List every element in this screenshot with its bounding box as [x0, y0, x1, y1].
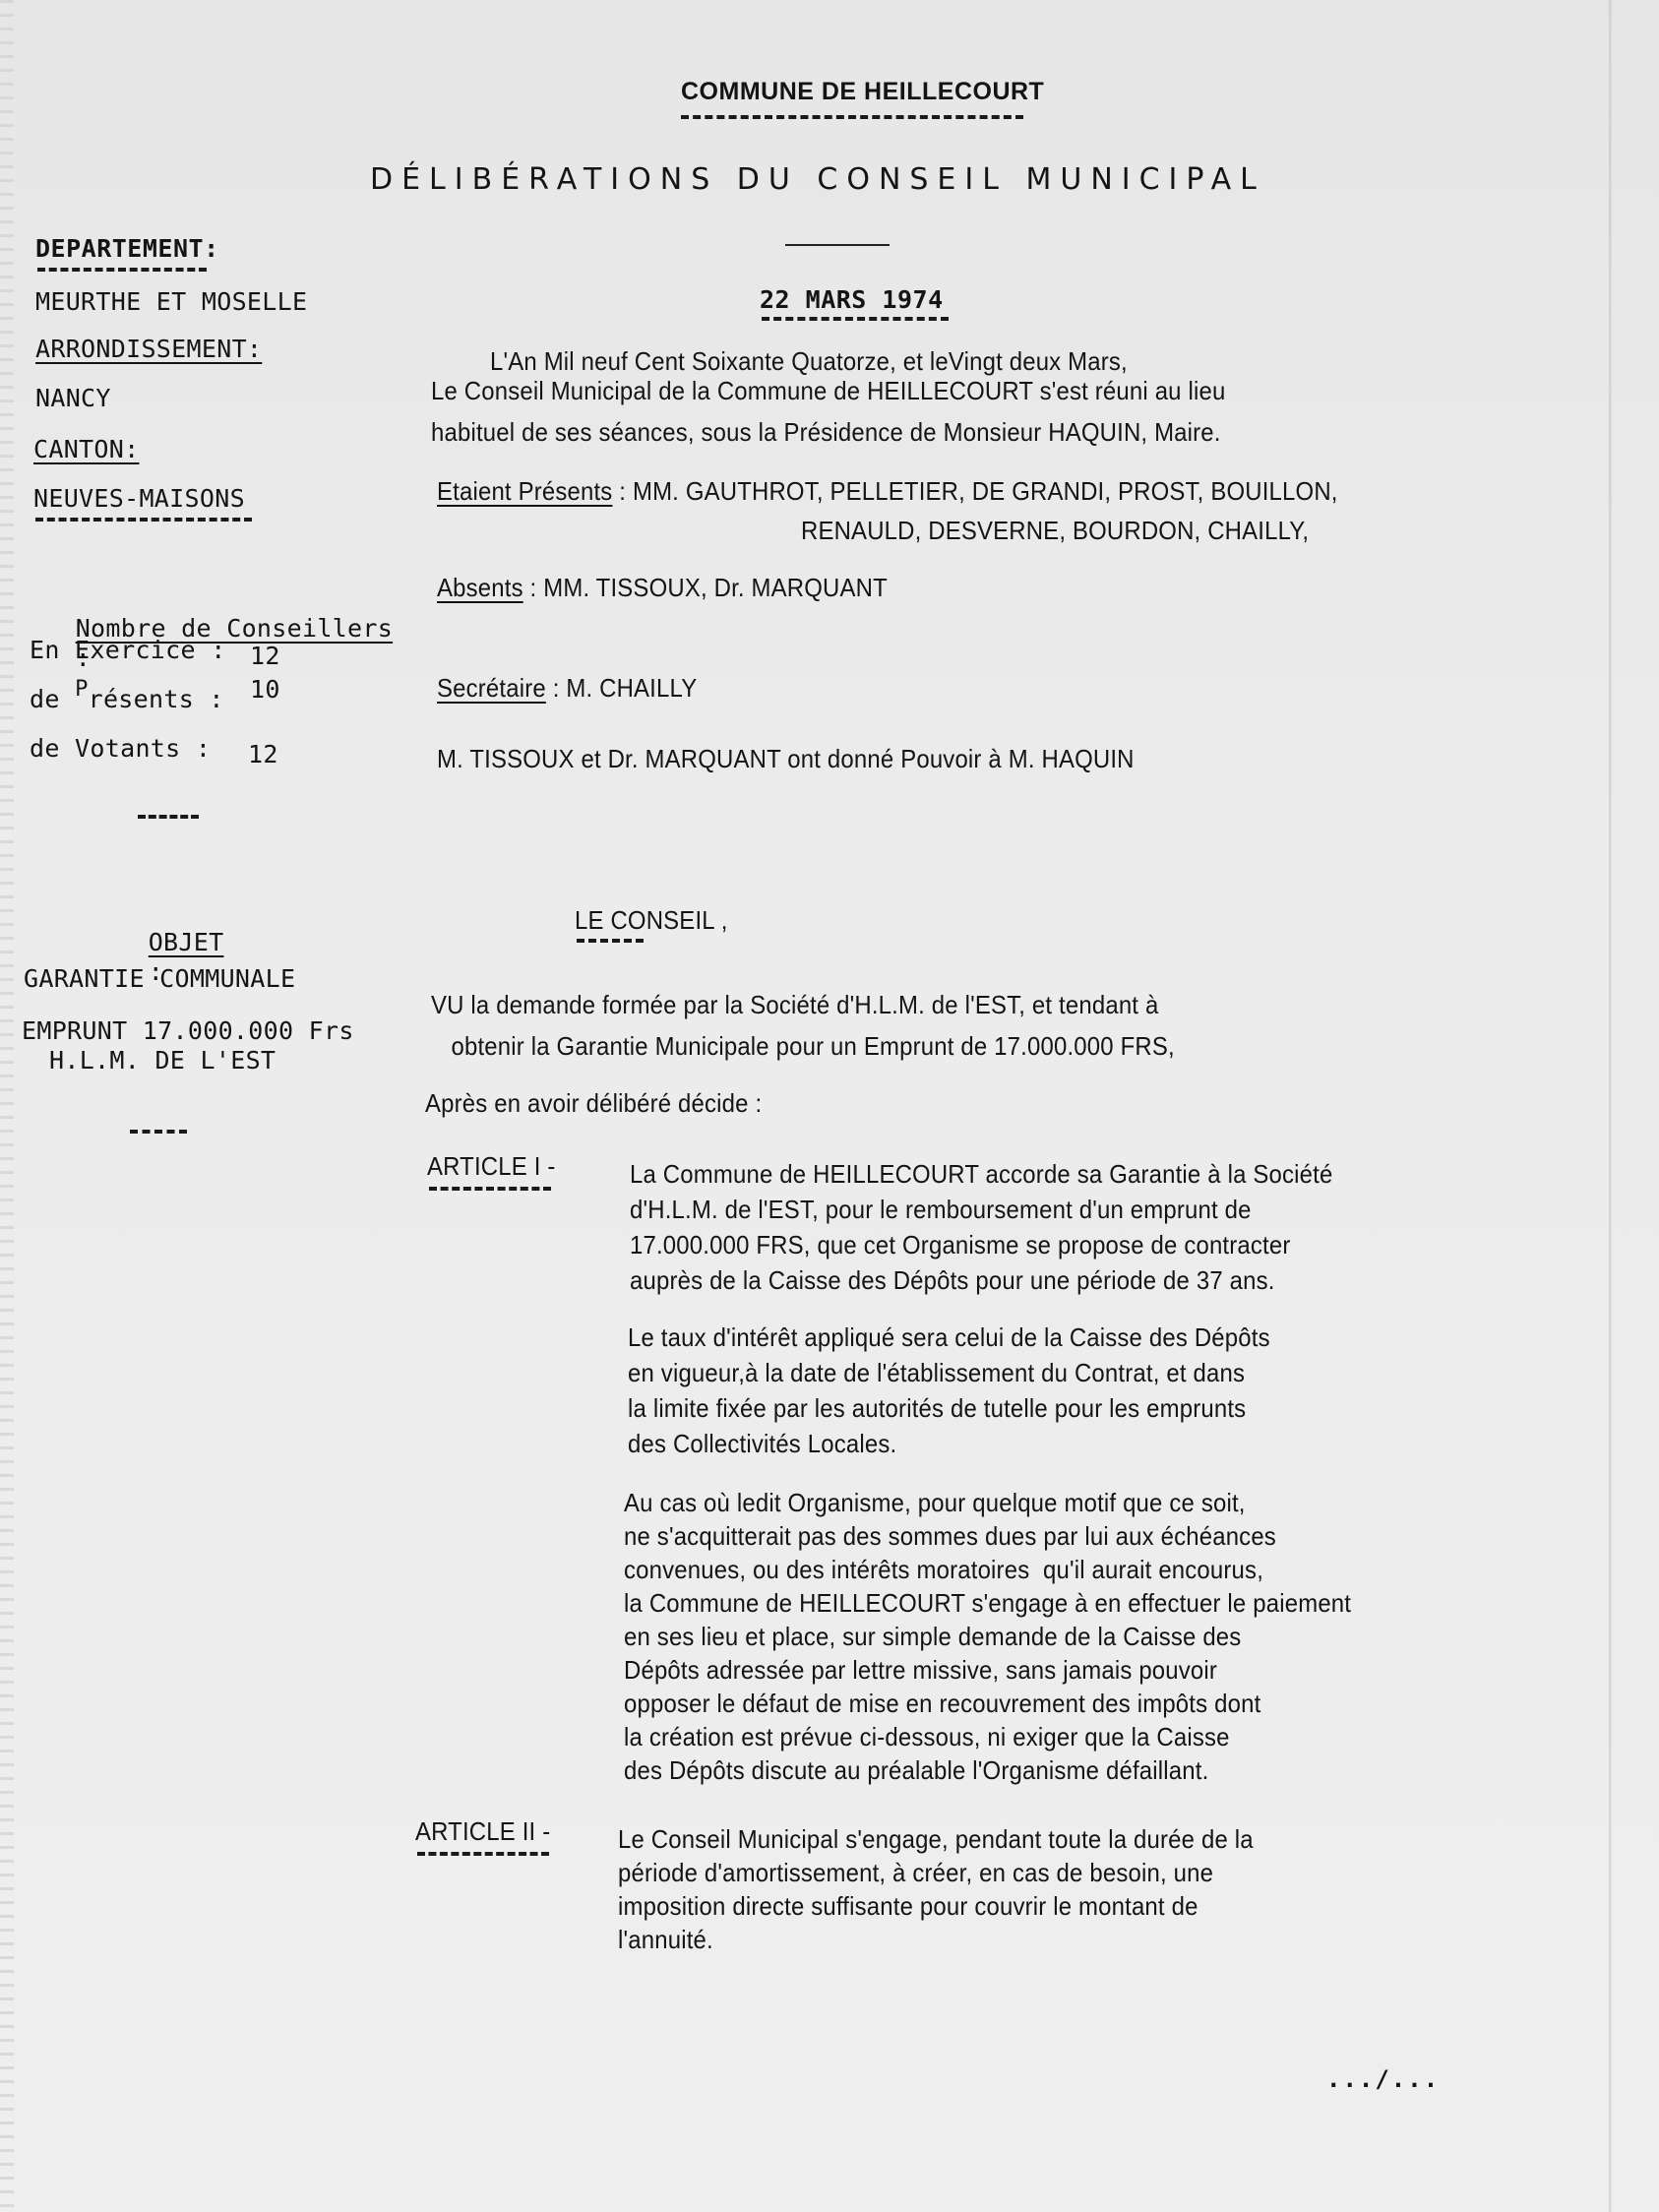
count-presents-prefix: de [30, 685, 75, 713]
article-2-line-1: Le Conseil Municipal s'engage, pendant t… [618, 1824, 1254, 1854]
canton-label: CANTON: [33, 435, 139, 464]
article-1-p3-line-8: la création est prévue ci-dessous, ni ex… [624, 1722, 1230, 1751]
conseil-comma: , [714, 905, 728, 935]
separator-2 [130, 1130, 187, 1134]
objet-label: OBJET [149, 928, 224, 956]
apres-statement: Après en avoir délibéré décide : [425, 1088, 762, 1118]
count-exercice-label: En Exercice : [30, 636, 226, 665]
arrondissement-label: ARRONDISSEMENT: [35, 335, 262, 364]
article-2-line-3: imposition directe suffisante pour couvr… [618, 1891, 1198, 1921]
absents-list: : MM. TISSOUX, Dr. MARQUANT [523, 573, 888, 602]
article-1-underline [429, 1187, 551, 1191]
article-1-p3-line-4: la Commune de HEILLECOURT s'engage à en … [624, 1588, 1351, 1618]
article-1-label: ARTICLE I [427, 1151, 541, 1181]
objet-line-1: GARANTIE COMMUNALE [24, 964, 295, 994]
canton-value: NEUVES-MAISONS [33, 484, 245, 514]
preamble-line-1: L'An Mil neuf Cent Soixante Quatorze, et… [490, 346, 1128, 376]
article-1-p2-line-1: Le taux d'intérêt appliqué sera celui de… [628, 1322, 1270, 1352]
count-presents-sup: P [75, 677, 89, 702]
count-votants-value: 12 [248, 740, 278, 769]
arrondissement-value: NANCY [35, 384, 111, 413]
count-exercice-value: 12 [250, 642, 280, 671]
article-2-label: ARTICLE II [415, 1816, 535, 1846]
article-1-p1-line-4: auprès de la Caisse des Dépôts pour une … [630, 1265, 1275, 1295]
objet-line-3: H.L.M. DE L'EST [49, 1046, 276, 1075]
presents-list-1: : MM. GAUTHROT, PELLETIER, DE GRANDI, PR… [612, 476, 1337, 506]
separator-1 [138, 815, 199, 819]
departement-label: DEPARTEMENT: [35, 234, 219, 264]
count-presents-label: de Présents : [30, 685, 224, 716]
article-1-p3-line-2: ne s'acquitterait pas des sommes dues pa… [624, 1521, 1276, 1551]
canton-underline [35, 518, 252, 522]
secretaire-label: Secrétaire [437, 673, 546, 703]
count-presents-rest: résents : [89, 685, 224, 713]
article-1-p1-line-3: 17.000.000 FRS, que cet Organisme se pro… [630, 1230, 1291, 1260]
article-1-p1-line-1: La Commune de HEILLECOURT accorde sa Gar… [630, 1159, 1332, 1189]
preamble-line-3: habituel de ses séances, sous la Préside… [431, 417, 1221, 447]
article-1-p2-line-3: la limite fixée par les autorités de tut… [628, 1393, 1246, 1423]
commune-heading: COMMUNE DE HEILLECOURT [681, 77, 1044, 106]
continuation-marker: .../... [1326, 2064, 1440, 2094]
article-1-p3-line-9: des Dépôts discute au préalable l'Organi… [624, 1755, 1208, 1785]
vu-line-2: obtenir la Garantie Municipale pour un E… [431, 1031, 1175, 1061]
article-1-p3-line-3: convenues, ou des intérêts moratoires qu… [624, 1555, 1263, 1584]
meeting-date: 22 MARS 1974 [760, 285, 944, 315]
article-2-line-4: l'annuité. [618, 1925, 713, 1954]
meeting-date-underline [762, 317, 949, 321]
vu-line-1: VU la demande formée par la Société d'H.… [431, 990, 1158, 1019]
absents-label: Absents [437, 573, 523, 602]
perforated-edge [0, 0, 14, 2212]
document-title: DÉLIBÉRATIONS DU CONSEIL MUNICIPAL [370, 165, 1265, 195]
presents-label: Etaient Présents [437, 476, 612, 506]
conseil-underline [577, 939, 644, 943]
title-rule [785, 244, 890, 246]
secretaire-value: : M. CHAILLY [546, 673, 697, 703]
article-1-p3-line-5: en ses lieu et place, sur simple demande… [624, 1622, 1241, 1651]
article-1-dash: - [541, 1151, 556, 1181]
departement-underline [37, 268, 207, 272]
commune-heading-underline [681, 115, 1023, 119]
departement-value: MEURTHE ET MOSELLE [35, 287, 307, 317]
article-1-p2-line-2: en vigueur,à la date de l'établissement … [628, 1358, 1245, 1387]
article-1-p3-line-7: opposer le défaut de mise en recouvremen… [624, 1689, 1260, 1718]
conseil-heading: LE CONSEIL [575, 905, 714, 935]
article-1-p2-line-4: des Collectivités Locales. [628, 1429, 896, 1458]
article-1-p3-line-1: Au cas où ledit Organisme, pour quelque … [624, 1488, 1246, 1517]
objet-line-2: EMPRUNT 17.000.000 Frs [22, 1016, 354, 1046]
count-presents-value: 10 [250, 675, 280, 705]
preamble-line-2: Le Conseil Municipal de la Commune de HE… [431, 376, 1225, 405]
article-2-underline [417, 1852, 549, 1856]
article-1-p3-line-6: Dépôts adressée par lettre missive, sans… [624, 1655, 1217, 1685]
presents-list-2: RENAULD, DESVERNE, BOURDON, CHAILLY, [801, 516, 1309, 545]
article-2-line-2: période d'amortissement, à créer, en cas… [618, 1858, 1213, 1887]
article-1-p1-line-2: d'H.L.M. de l'EST, pour le remboursement… [630, 1195, 1252, 1224]
count-votants-label: de Votants : [30, 734, 211, 764]
article-2-dash: - [535, 1816, 550, 1846]
page-edge-shadow [1609, 0, 1613, 2212]
pouvoir-statement: M. TISSOUX et Dr. MARQUANT ont donné Pou… [437, 744, 1135, 773]
